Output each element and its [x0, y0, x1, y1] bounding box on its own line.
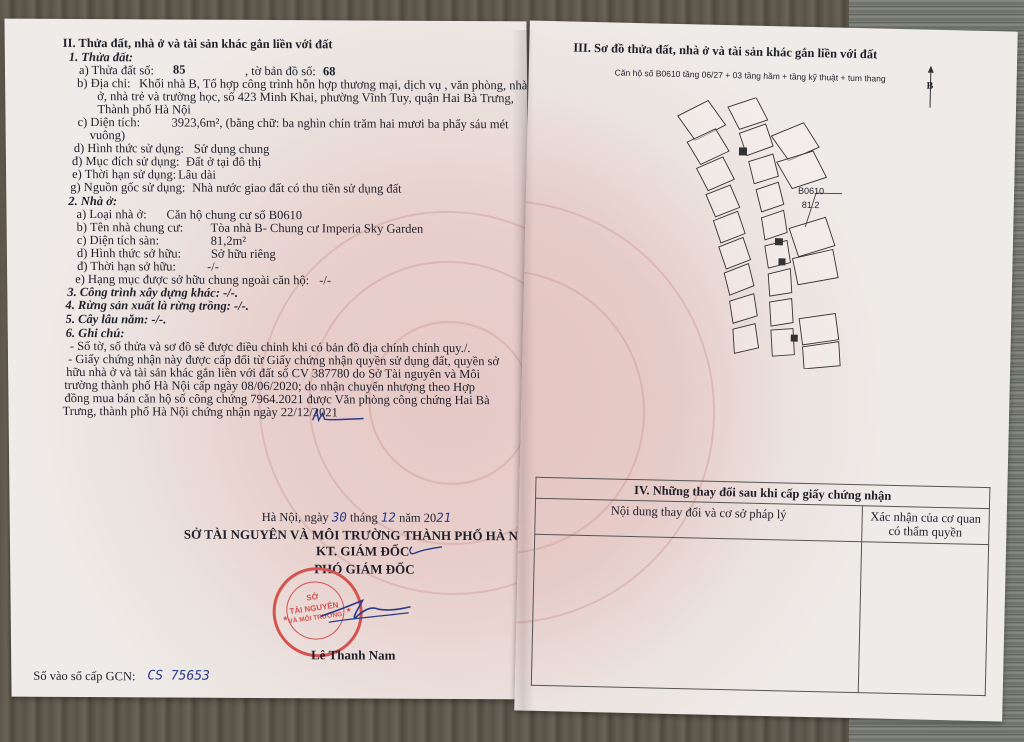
ownership-value: Sở hữu riêng: [211, 248, 276, 261]
shared-value: -/-: [319, 274, 331, 287]
origin-label: g) Nguồn gốc sử dụng:: [70, 181, 185, 195]
on-behalf-title: KT. GIÁM ĐỐC: [316, 544, 409, 557]
date-year: 21: [436, 510, 451, 525]
initial-mark-icon: [406, 543, 446, 559]
date-month: 12: [381, 510, 396, 525]
certificate-left-page: II. Thửa đất, nhà ở và tài sản khác gắn …: [4, 19, 533, 700]
director-signature-icon: [318, 596, 414, 627]
authority-header-line2: có thẩm quyền: [888, 524, 962, 540]
note-2-line5: Trưng, thành phố Hà Nội chứng nhận ngày …: [63, 405, 338, 419]
north-label: B: [926, 80, 933, 93]
parcel-value: 85: [173, 63, 186, 76]
production-forest: 4. Rừng sản xuất là rừng trồng: -/-.: [65, 299, 249, 313]
registry-value: CS 75653: [147, 669, 210, 682]
area-value: 3923,6m², (bằng chữ: ba nghìn chín trăm …: [171, 116, 508, 131]
initials-signature-icon: [309, 408, 369, 424]
unit-area: 81.2: [802, 199, 820, 212]
section-title: III. Sơ đồ thửa đất, nhà ở và tài sản kh…: [573, 42, 877, 62]
changes-authority-cell: [858, 542, 989, 696]
changes-content-cell: [531, 534, 861, 692]
certificate-right-page: III. Sơ đồ thửa đất, nhà ở và tài sản kh…: [514, 21, 1018, 722]
changes-table: IV. Những thay đổi sau khi cấp giấy chứn…: [531, 477, 991, 696]
month-label: tháng: [350, 510, 378, 524]
floor-plan-diagram: [662, 96, 868, 370]
seal-star-icon: ★: [282, 614, 289, 623]
unit-label: B0610: [798, 185, 824, 199]
perennial-trees: 5. Cây lâu năm: -/-.: [66, 313, 167, 327]
issue-date: Hà Nội, ngày 30 tháng 12 năm 2021: [262, 510, 452, 525]
year-label: năm 20: [399, 511, 436, 525]
signer-name: Lê Thanh Nam: [311, 648, 395, 661]
registry-label: Số vào sổ cấp GCN:: [33, 670, 135, 684]
diagram-caption: Căn hộ số B0610 tầng 06/27 + 03 tầng hầm…: [615, 66, 886, 85]
date-day: 30: [332, 509, 347, 524]
authority-header-line1: Xác nhận của cơ quan: [870, 509, 981, 526]
issuing-agency: SỞ TÀI NGUYÊN VÀ MÔI TRƯỜNG THÀNH PHỐ HÀ…: [184, 528, 533, 543]
changes-col-authority: Xác nhận của cơ quan có thẩm quyền: [862, 506, 990, 545]
date-prefix: Hà Nội, ngày: [262, 510, 329, 524]
origin-value: Nhà nước giao đất có thu tiền sử dụng đấ…: [192, 182, 401, 196]
